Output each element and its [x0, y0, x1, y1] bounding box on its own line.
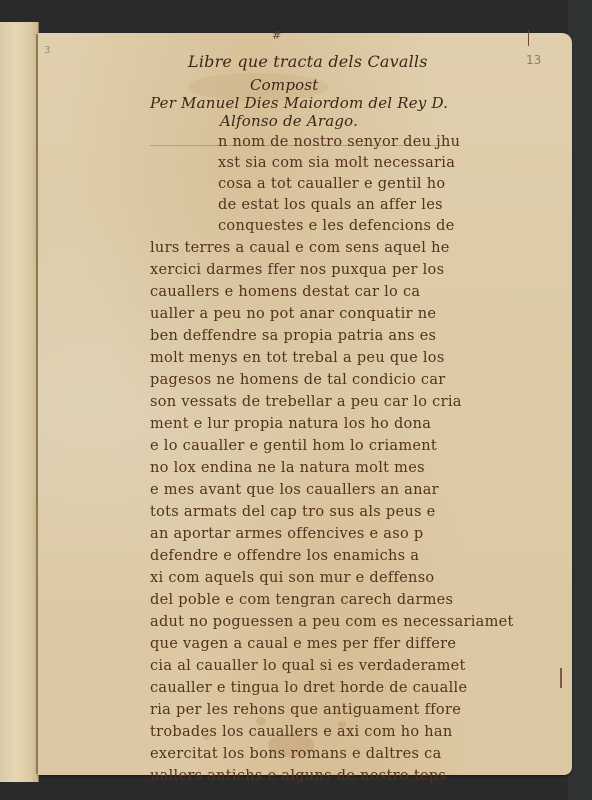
- text-line: defendre e offendre los enamichs a: [150, 548, 419, 564]
- text-line: xercici darmes ffer nos puxqua per los: [150, 262, 444, 278]
- text-line: tots armats del cap tro sus als peus e: [150, 504, 436, 520]
- text-line: conquestes e les defencions de: [218, 218, 455, 234]
- title-line-2: Compost: [250, 76, 319, 94]
- text-line: ria per les rehons que antiguament ffore: [150, 702, 461, 718]
- text-line: lurs terres a caual e com sens aquel he: [150, 240, 450, 256]
- text-line: an aportar armes offencives e aso p: [150, 526, 424, 542]
- text-line: son vessats de trebellar a peu car lo cr…: [150, 394, 462, 410]
- text-line: e lo caualler e gentil hom lo criament: [150, 438, 437, 454]
- text-line: que vagen a caual e mes per ffer differe: [150, 636, 456, 652]
- text-line: ualler a peu no pot anar conquatir ne: [150, 306, 436, 322]
- folio-number: 13: [526, 53, 541, 67]
- text-line: e mes avant que los cauallers an anar: [150, 482, 439, 498]
- scan-viewport: # 3 13 Libre que tracta dels Cavalls Com…: [0, 0, 592, 800]
- text-line: ben deffendre sa propia patria ans es: [150, 328, 436, 344]
- text-line: cia al caualler lo qual si es verdaderam…: [150, 658, 466, 674]
- margin-ink-stroke: [528, 30, 529, 46]
- text-line: del poble e com tengran carech darmes: [150, 592, 453, 608]
- book-binding-gutter: [0, 22, 39, 782]
- text-line: uallers antichs e alguns de nostro teps: [150, 768, 446, 784]
- text-line: cauallers e homens destat car lo ca: [150, 284, 420, 300]
- left-margin-mark: 3: [44, 45, 50, 56]
- edge-ink-mark: [560, 668, 562, 688]
- text-line: adut no poguessen a peu com es necessari…: [150, 614, 514, 630]
- title-line-3: Per Manuel Dies Maiordom del Rey D.: [150, 94, 448, 112]
- text-line: molt menys en tot trebal a peu que los: [150, 350, 445, 366]
- text-line: xst sia com sia molt necessaria: [218, 155, 455, 171]
- text-line: trobades los cauallers e axi com ho han: [150, 724, 453, 740]
- text-line: n nom de nostro senyor deu jhu: [218, 134, 460, 150]
- text-line: no lox endina ne la natura molt mes: [150, 460, 425, 476]
- text-line: de estat los quals an affer les: [218, 197, 443, 213]
- text-line: pagesos ne homens de tal condicio car: [150, 372, 446, 388]
- text-line: ment e lur propia natura los ho dona: [150, 416, 431, 432]
- title-line-1: Libre que tracta dels Cavalls: [188, 52, 428, 71]
- top-hash-mark: #: [272, 29, 281, 42]
- text-line: exercitat los bons romans e daltres ca: [150, 746, 442, 762]
- text-line: cosa a tot caualler e gentil ho: [218, 176, 445, 192]
- title-line-4: Alfonso de Arago.: [220, 112, 358, 130]
- text-line: xi com aquels qui son mur e deffenso: [150, 570, 434, 586]
- text-line: caualler e tingua lo dret horde de caual…: [150, 680, 467, 696]
